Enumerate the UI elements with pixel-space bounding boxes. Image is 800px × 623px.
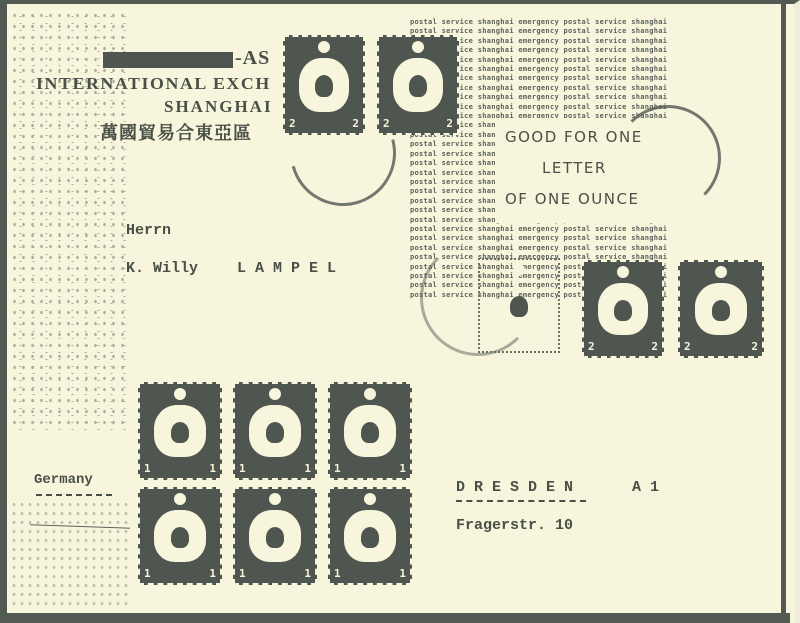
overprint-line: postal service shanghai emergency postal… xyxy=(410,84,778,93)
stamp-value: 11 xyxy=(144,463,216,475)
portrait-frame xyxy=(299,58,349,112)
portrait-frame xyxy=(695,283,748,336)
portrait-frame xyxy=(598,283,648,336)
portrait-icon xyxy=(409,75,427,97)
portrait-frame xyxy=(154,510,205,563)
stamp-top-1: 22 xyxy=(283,35,365,135)
stamp-value: 22 xyxy=(588,341,658,353)
country-underline xyxy=(36,494,112,498)
envelope-right-edge xyxy=(781,0,786,623)
notice-line-2: LETTER xyxy=(542,159,607,177)
sun-emblem-icon xyxy=(174,493,186,505)
notice-line-3: OF ONE OUNCE xyxy=(505,190,639,208)
stamp-block-1: 11 xyxy=(138,382,222,480)
stamp-value: 11 xyxy=(484,336,554,348)
stamp-value: 11 xyxy=(334,463,406,475)
portrait-icon xyxy=(361,422,379,443)
stamp-block-5: 11 xyxy=(233,487,317,585)
overprint-line: postal service shanghai emergency postal… xyxy=(410,225,778,234)
stamp-right-2: 22 xyxy=(582,260,664,358)
sun-emblem-icon xyxy=(174,388,186,400)
portrait-icon xyxy=(510,296,528,316)
portrait-frame xyxy=(344,405,395,458)
stamp-block-6: 11 xyxy=(328,487,412,585)
sun-emblem-icon xyxy=(715,266,727,278)
sender-line-2: INTERNATIONAL EXCH xyxy=(36,74,271,94)
sun-emblem-icon xyxy=(513,264,525,276)
overprint-line: postal service shanghai emergency postal… xyxy=(410,103,778,112)
stamp-right-3: 22 xyxy=(678,260,764,358)
sun-emblem-icon xyxy=(269,388,281,400)
sun-emblem-icon xyxy=(364,493,376,505)
portrait-icon xyxy=(361,527,379,548)
stamp-right-1: 11 xyxy=(478,258,560,353)
stamp-value: 11 xyxy=(144,568,216,580)
sun-emblem-icon xyxy=(269,493,281,505)
recipient-country: Germany xyxy=(34,472,93,488)
recipient-surname: L A M P E L xyxy=(237,260,336,277)
sun-emblem-icon xyxy=(364,388,376,400)
overprint-line: postal service shanghai emergency postal… xyxy=(410,18,778,27)
portrait-icon xyxy=(171,527,189,548)
stamp-value: 11 xyxy=(334,568,406,580)
stamp-value: 22 xyxy=(684,341,758,353)
portrait-icon xyxy=(171,422,189,443)
redacted-sender-name xyxy=(103,52,233,68)
envelope-bottom-edge xyxy=(0,613,790,623)
overprint-line: postal service shanghai emergency postal… xyxy=(410,27,778,36)
recipient-first-name: K. Willy xyxy=(126,260,198,277)
city-underline xyxy=(456,500,586,504)
sun-emblem-icon xyxy=(617,266,629,278)
portrait-icon xyxy=(712,300,731,321)
paper-stain-left xyxy=(10,10,130,430)
portrait-frame xyxy=(249,405,300,458)
overprint-line: postal service shanghai emergency postal… xyxy=(410,56,778,65)
portrait-icon xyxy=(315,75,333,97)
stamp-value: 11 xyxy=(239,463,311,475)
sender-line-1: -AS xyxy=(235,47,270,70)
recipient-city: D R E S D E N xyxy=(456,479,573,496)
recipient-salutation: Herrn xyxy=(126,222,171,239)
sun-emblem-icon xyxy=(412,41,424,53)
stamp-value: 22 xyxy=(383,118,453,130)
stamp-value: 11 xyxy=(239,568,311,580)
portrait-frame xyxy=(393,58,443,112)
portrait-frame xyxy=(494,280,544,331)
portrait-icon xyxy=(266,527,284,548)
stamp-block-3: 11 xyxy=(328,382,412,480)
portrait-frame xyxy=(154,405,205,458)
stamp-block-2: 11 xyxy=(233,382,317,480)
stamp-value: 22 xyxy=(289,118,359,130)
recipient-street: Fragerstr. 10 xyxy=(456,517,573,534)
sender-line-chinese: 萬國貿易合東亞區 xyxy=(100,119,252,145)
sun-emblem-icon xyxy=(318,41,330,53)
portrait-icon xyxy=(266,422,284,443)
stamp-block-4: 11 xyxy=(138,487,222,585)
overprint-line: postal service shanghai emergency postal… xyxy=(410,46,778,55)
portrait-frame xyxy=(249,510,300,563)
recipient-district: A 1 xyxy=(632,479,659,496)
paper-stain-bottom-left xyxy=(10,500,130,610)
portrait-icon xyxy=(614,300,632,321)
sender-line-3: SHANGHAI xyxy=(164,97,273,117)
overprint-line: postal service shanghai emergency postal… xyxy=(410,65,778,74)
portrait-frame xyxy=(344,510,395,563)
postmark-cancel-right xyxy=(615,105,721,211)
overprint-line: postal service shanghai emergency postal… xyxy=(410,37,778,46)
stamp-top-2: 22 xyxy=(377,35,459,135)
overprint-line: postal service shanghai emergency postal… xyxy=(410,74,778,83)
overprint-line: postal service shanghai emergency postal… xyxy=(410,93,778,102)
